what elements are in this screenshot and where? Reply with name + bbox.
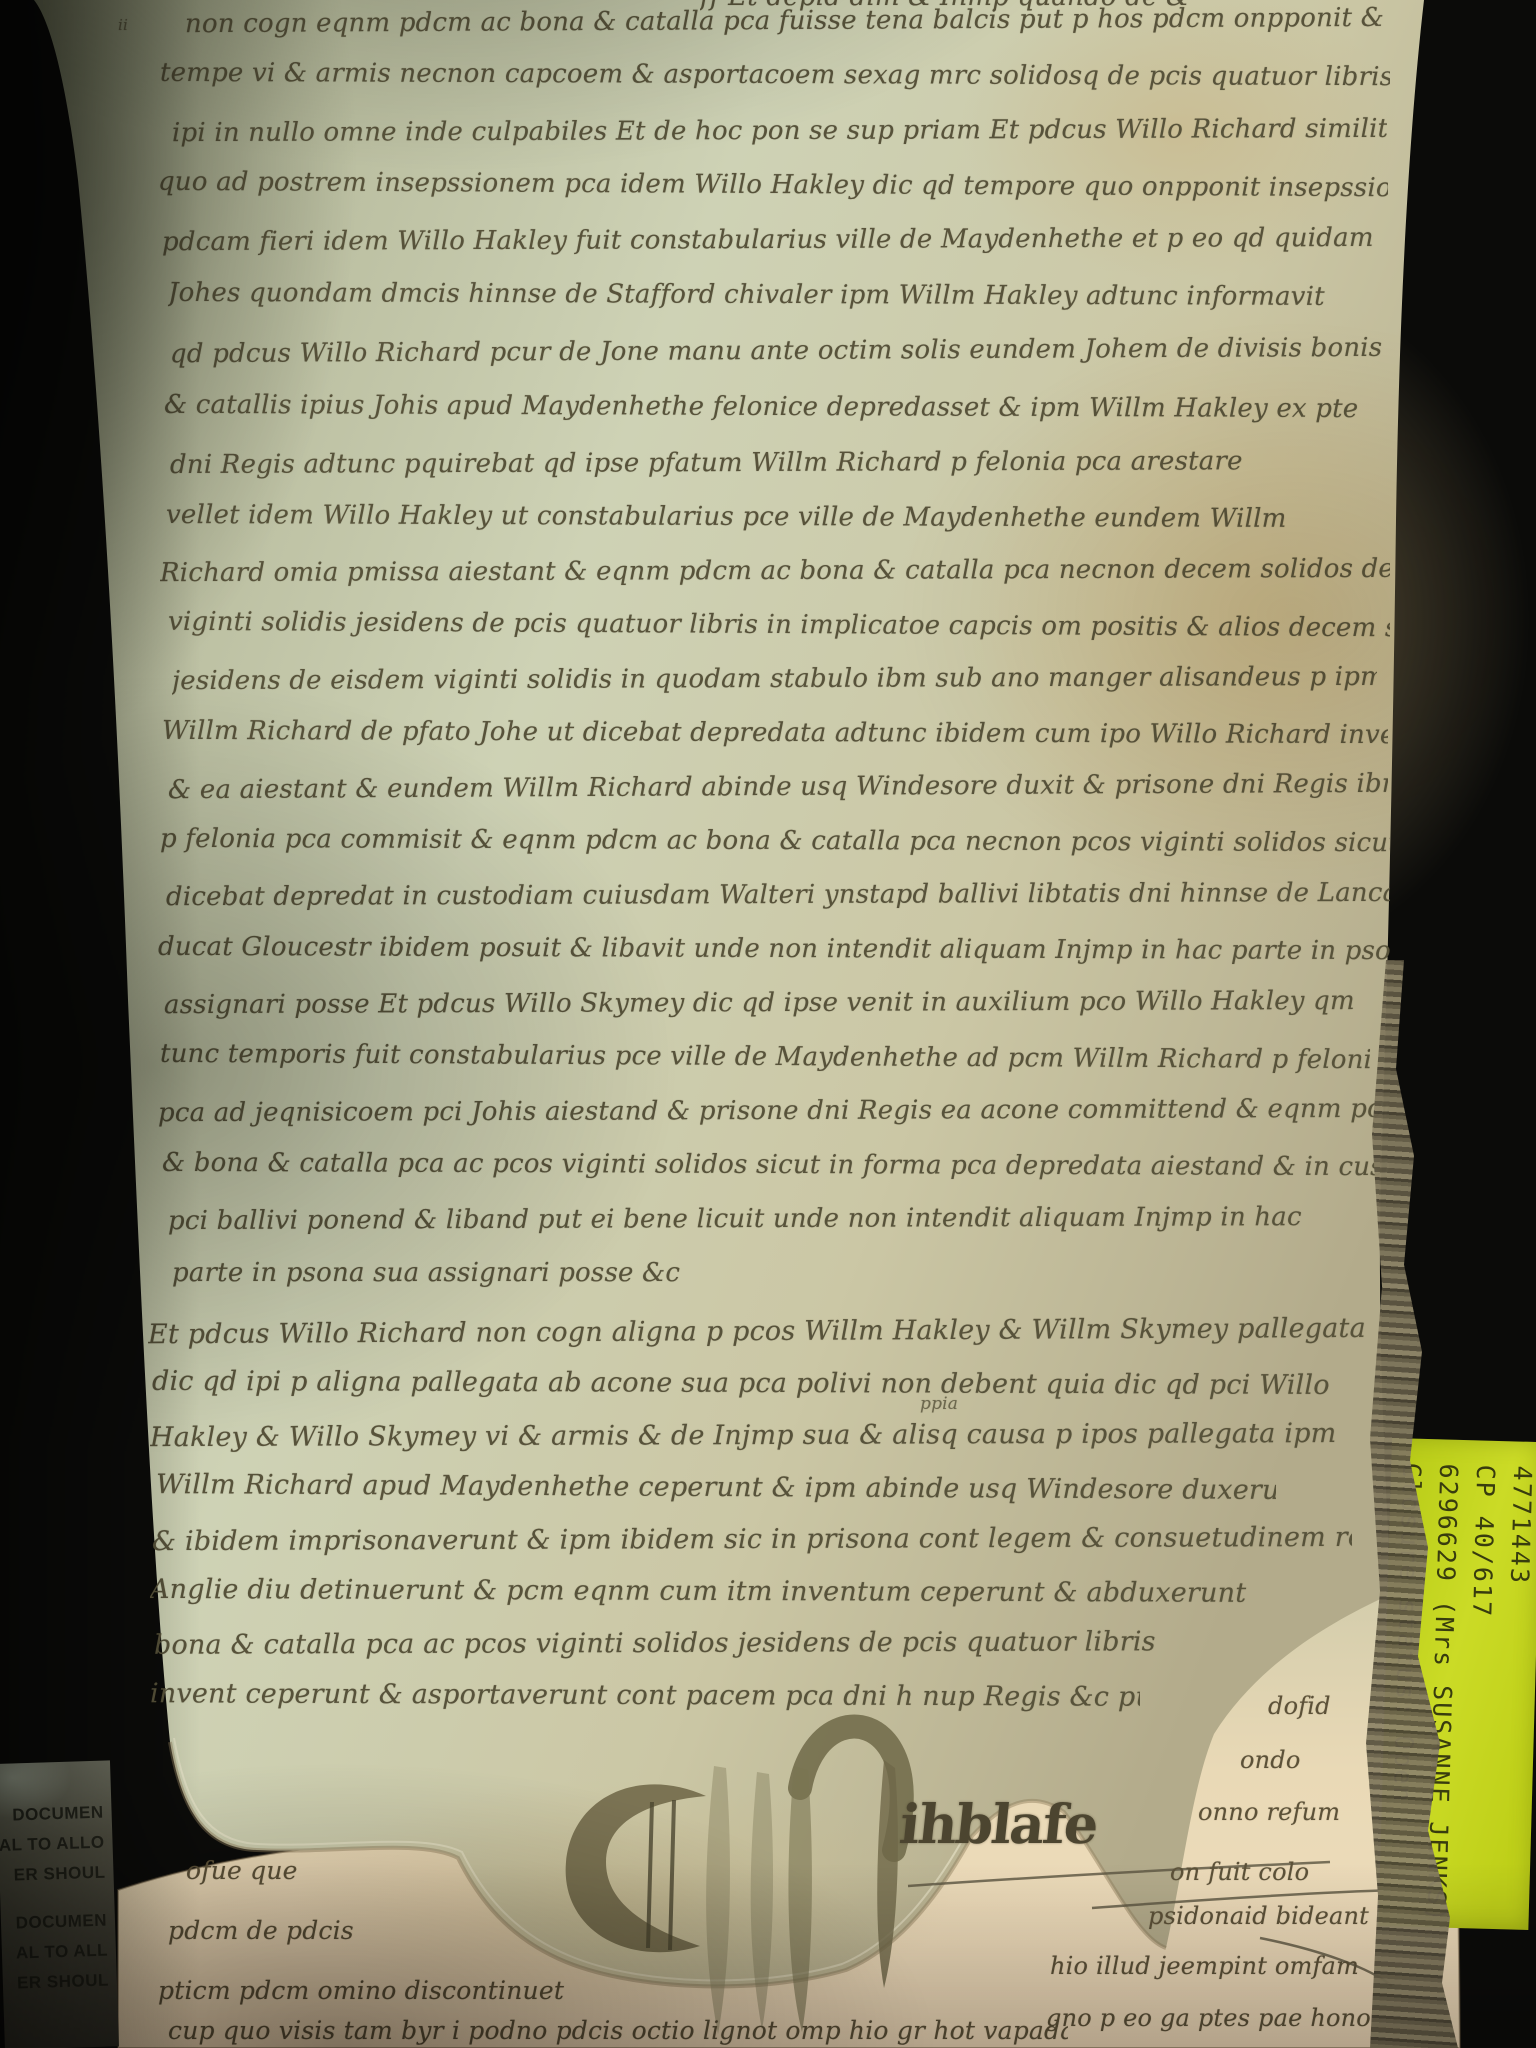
manuscript-line: non cogn eqnm pdcm ac bona & catalla pca… (185, 3, 1390, 39)
manuscript-line: ofue que (186, 1856, 298, 1885)
manuscript-line: pca ad jeqnisicoem pci Johis aiestand & … (158, 1094, 1390, 1128)
manuscript-line: gno p eo ga ptes pae hono (1046, 2004, 1386, 2032)
manuscript-line: dicebat depredat in custodiam cuiusdam W… (166, 878, 1390, 912)
manuscript-line: pdcm de pdcis (168, 1916, 354, 1945)
manuscript-line: pci ballivi ponend & liband put ei bene … (168, 1202, 1358, 1236)
warning-card: DOCUMENAL TO ALLOER SHOULDOCUMENAL TO AL… (0, 1760, 119, 2048)
manuscript-line: dic qd ipi p aligna pallegata ab acone s… (152, 1366, 1387, 1401)
manuscript-line: & bona & catalla pca ac pcos viginti sol… (162, 1148, 1390, 1182)
manuscript-line: onno refum (1198, 1798, 1340, 1826)
manuscript-line: hio illud jeempint omfam (1050, 1952, 1386, 1980)
manuscript-line: quo ad postrem insepssionem pca idem Wil… (158, 167, 1388, 203)
manuscript-line: pdcam fieri idem Willo Hakley fuit const… (162, 223, 1388, 257)
manuscript-line: Richard omia pmissa aiestant & eqnm pdcm… (160, 554, 1390, 588)
manuscript-line: ihblafe (897, 1792, 1100, 1856)
warning-card-line: DOCUMEN (0, 1803, 104, 1830)
manuscript-line: dofid (1268, 1692, 1331, 1720)
manuscript-line: parte in psona sua assignari posse &c (172, 1258, 792, 1288)
warning-card-line: AL TO ALLO (0, 1833, 105, 1860)
manuscript-line: & catallis ipius Johis apud Maydenhethe … (164, 390, 1388, 424)
warning-card-line: AL TO ALL (0, 1941, 108, 1968)
manuscript-line: vellet idem Willo Hakley ut constabulari… (166, 500, 1326, 534)
scene: ff Et depid dim & Inmp quando de &iinon … (0, 0, 1536, 2048)
manuscript-line: jesidens de eisdem viginti solidis in qu… (172, 662, 1377, 696)
manuscript-line: ppia (920, 1394, 958, 1414)
manuscript-line: on fuit colo (1170, 1858, 1309, 1886)
manuscript-line: Johes quondam dmcis hinnse de Stafford c… (168, 278, 1388, 312)
manuscript-line: & ea aiestant & eundem Willm Richard abi… (168, 769, 1388, 805)
manuscript-line: Hakley & Willo Skymey vi & armis & de In… (150, 1418, 1388, 1453)
manuscript-line: tunc temporis fuit constabularius pce vi… (160, 1039, 1370, 1075)
warning-card-line: ER SHOUL (0, 1863, 106, 1890)
manuscript-line: Anglie diu detinuerunt & pcm eqnm cum it… (150, 1574, 1310, 1609)
warning-card-line: DOCUMEN (0, 1911, 107, 1938)
manuscript-line: p felonia pca commisit & eqnm pdcm ac bo… (160, 824, 1390, 858)
manuscript-line: cup quo visis tam byr i podno pdcis octi… (168, 2016, 1068, 2045)
manuscript-line: dni Regis adtunc pquirebat qd ipse pfatu… (170, 446, 1320, 480)
manuscript-line: ondo (1240, 1746, 1301, 1774)
manuscript-line: viginti solidis jesidens de pcis quatuor… (168, 607, 1390, 643)
manuscript-line: & ibidem imprisonaverunt & ipm ibidem si… (152, 1522, 1352, 1557)
warning-card-line: ER SHOUL (0, 1971, 109, 1998)
manuscript-line: invent ceperunt & asportaverunt cont pac… (150, 1678, 1140, 1712)
manuscript-line: assignari posse Et pdcus Willo Skymey di… (164, 986, 1390, 1020)
manuscript-line: pticm pdcm omino discontinuet (158, 1976, 718, 2005)
manuscript-line: Willm Richard apud Maydenhethe ceperunt … (156, 1469, 1276, 1506)
manuscript-photo: { "photo": { "description": "Photograph … (0, 0, 1536, 2048)
manuscript-line: Et pdcus Willo Richard non cogn aligna p… (148, 1313, 1388, 1350)
manuscript-line: ii (118, 16, 128, 34)
manuscript-text: ff Et depid dim & Inmp quando de &iinon … (0, 0, 1536, 2048)
manuscript-line: ipi in nullo omne inde culpabiles Et de … (172, 114, 1387, 148)
manuscript-line: Willm Richard de pfato Johe ut dicebat d… (162, 716, 1388, 750)
manuscript-line: psidonaid bideant (1148, 1902, 1390, 1930)
manuscript-line: tempe vi & armis necnon capcoem & asport… (160, 58, 1390, 92)
manuscript-line: ducat Gloucestr ibidem posuit & libavit … (158, 932, 1390, 966)
manuscript-line: bona & catalla pca ac pcos viginti solid… (154, 1626, 1164, 1661)
manuscript-line: qd pdcus Willo Richard pcur de Jone manu… (170, 333, 1388, 369)
